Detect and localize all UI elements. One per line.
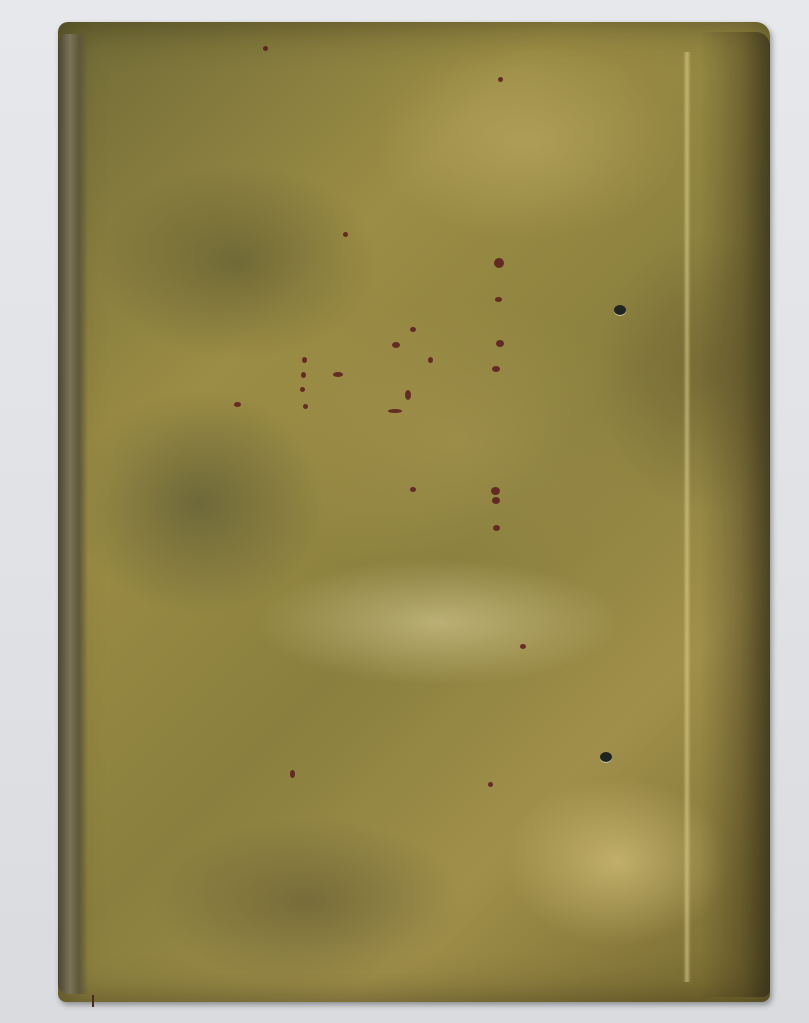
tie-hole-upper [614, 305, 626, 315]
stain-spot [488, 782, 493, 787]
stain-spot [492, 497, 500, 504]
stain-spot [491, 487, 500, 495]
tie-hole-lower [600, 752, 612, 762]
stain-spot [405, 390, 411, 400]
book-cover [58, 22, 770, 1002]
stain-spot [410, 327, 416, 332]
stain-spot [290, 770, 295, 778]
stain-spot [428, 357, 433, 363]
spine-edge [58, 34, 88, 994]
stain-spot [520, 644, 526, 649]
stain-spot [494, 258, 504, 268]
fold-crease [683, 52, 691, 982]
stain-spot [234, 402, 241, 407]
stain-spot [333, 372, 343, 377]
stain-spot [492, 366, 500, 372]
stain-spot [303, 404, 308, 409]
stain-spot [495, 297, 502, 302]
stain-spot [301, 372, 306, 378]
stain-spot [496, 340, 504, 347]
stain-spot [392, 342, 400, 348]
stain-spot [493, 525, 500, 531]
loose-thread [92, 995, 94, 1007]
stain-spot [263, 46, 268, 51]
stain-spot [343, 232, 348, 237]
stain-spot [302, 357, 307, 363]
fore-edge-shadow [700, 32, 770, 997]
stain-spot [498, 77, 503, 82]
stain-spot [300, 387, 305, 392]
stain-spot [410, 487, 416, 492]
stain-spot [388, 409, 402, 413]
